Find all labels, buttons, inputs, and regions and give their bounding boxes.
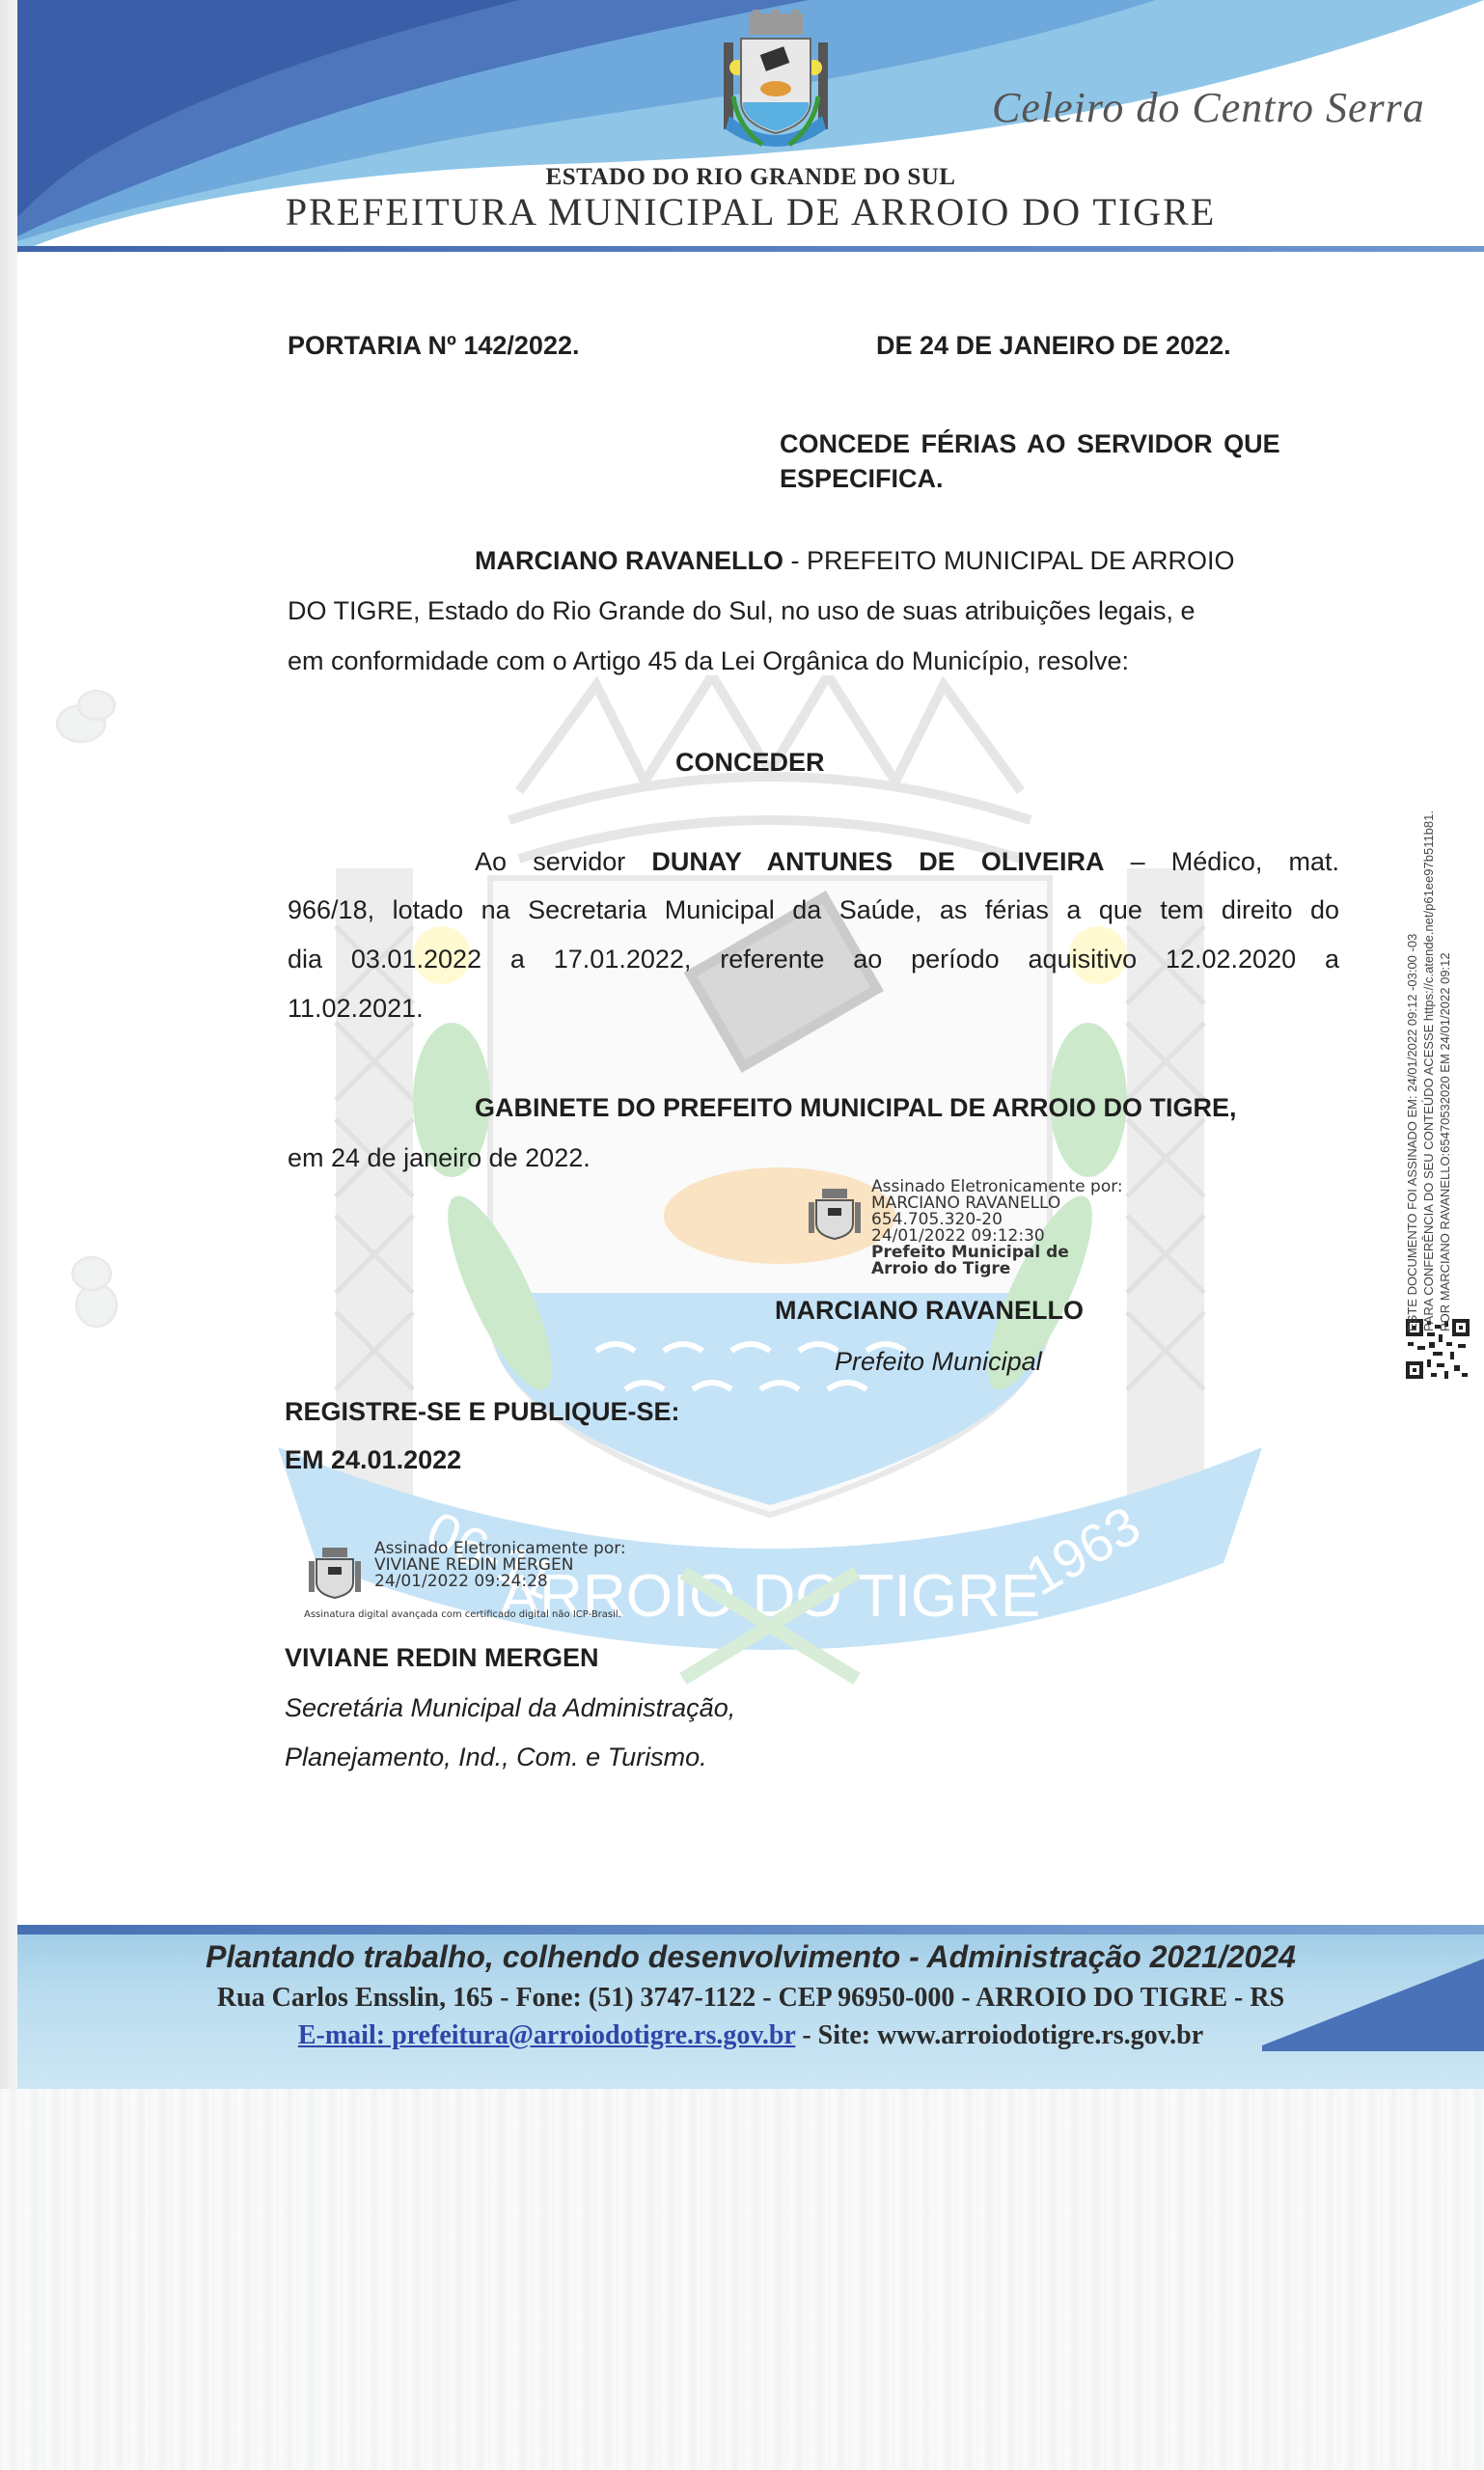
mayor-printed-role: Prefeito Municipal xyxy=(835,1349,1042,1375)
registry-line-2: EM 24.01.2022 xyxy=(285,1447,461,1473)
preamble-line-1: MARCIANO RAVANELLO - PREFEITO MUNICIPAL … xyxy=(475,548,1235,574)
punch-hole xyxy=(71,1256,112,1291)
site-text: - Site: www.arroiodotigre.rs.gov.br xyxy=(795,2020,1203,2050)
grant-line-2: 966/18, lotado na Secretaria Municipal d… xyxy=(288,897,1339,923)
signature-certificate-note: Assinatura digital avançada com certific… xyxy=(304,1609,690,1621)
verification-url-text: PARA CONFERÊNCIA DO SEU CONTEÚDO ACESSE … xyxy=(1420,791,1437,1331)
footer-divider xyxy=(17,1925,1484,1935)
footer-address: Rua Carlos Ensslin, 165 - Fone: (51) 374… xyxy=(17,1983,1484,2014)
portaria-date: DE 24 DE JANEIRO DE 2022. xyxy=(876,333,1231,359)
employee-name: DUNAY ANTUNES DE OLIVEIRA xyxy=(651,847,1104,876)
institution-name: PREFEITURA MUNICIPAL DE ARROIO DO TIGRE xyxy=(17,189,1484,234)
closing-line-2: em 24 de janeiro de 2022. xyxy=(288,1145,591,1171)
action-heading: CONCEDER xyxy=(675,750,825,776)
footer-contact: E-mail: prefeitura@arroiodotigre.rs.gov.… xyxy=(17,2020,1484,2051)
mayor-signature-stamp: Assinado Eletronicamente por: MARCIANO R… xyxy=(871,1179,1123,1277)
scan-background xyxy=(0,2089,1484,2470)
state-name: ESTADO DO RIO GRANDE DO SUL xyxy=(17,164,1484,191)
secretary-role-line-2: Planejamento, Ind., Com. e Turismo. xyxy=(285,1744,707,1770)
closing-line-1: GABINETE DO PREFEITO MUNICIPAL DE ARROIO… xyxy=(475,1095,1237,1121)
signature-seal-icon xyxy=(307,1546,363,1600)
grant-line-1: Ao servidor DUNAY ANTUNES DE OLIVEIRA – … xyxy=(475,849,1339,875)
document-page: Celeiro do Centro Serra ESTADO DO RIO GR… xyxy=(17,0,1484,2089)
grant-line-3: dia 03.01.2022 a 17.01.2022, referente a… xyxy=(288,947,1339,973)
signature-seal-icon xyxy=(807,1187,863,1241)
grant-line-4: 11.02.2021. xyxy=(288,996,424,1022)
secretary-role-line-1: Secretária Municipal da Administração, xyxy=(285,1695,735,1721)
secretary-printed-name: VIVIANE REDIN MERGEN xyxy=(285,1645,599,1671)
preamble-author: MARCIANO RAVANELLO xyxy=(475,546,783,575)
preamble-line-2: DO TIGRE, Estado do Rio Grande do Sul, n… xyxy=(288,598,1195,624)
portaria-number: PORTARIA Nº 142/2022. xyxy=(288,333,579,359)
secretary-signature-stamp: Assinado Eletronicamente por: VIVIANE RE… xyxy=(374,1541,626,1590)
coat-of-arms-icon xyxy=(708,10,843,164)
preamble-line-3: em conformidade com o Artigo 45 da Lei O… xyxy=(288,648,1129,674)
mayor-printed-name: MARCIANO RAVANELLO xyxy=(775,1298,1084,1324)
punch-hole xyxy=(77,690,116,721)
summary-line-1: CONCEDE FÉRIAS AO SERVIDOR QUE xyxy=(780,431,1339,457)
municipal-motto: Celeiro do Centro Serra xyxy=(992,83,1425,132)
footer-slogan: Plantando trabalho, colhendo desenvolvim… xyxy=(17,1939,1484,1975)
header-divider xyxy=(17,246,1484,252)
registry-line-1: REGISTRE-SE E PUBLIQUE-SE: xyxy=(285,1399,680,1425)
summary-line-2: ESPECIFICA. xyxy=(780,466,944,492)
email-link[interactable]: E-mail: prefeitura@arroiodotigre.rs.gov.… xyxy=(298,2020,795,2050)
electronic-signature-verification-stamp: ESTE DOCUMENTO FOI ASSINADO EM: 24/01/20… xyxy=(1404,791,1453,1331)
